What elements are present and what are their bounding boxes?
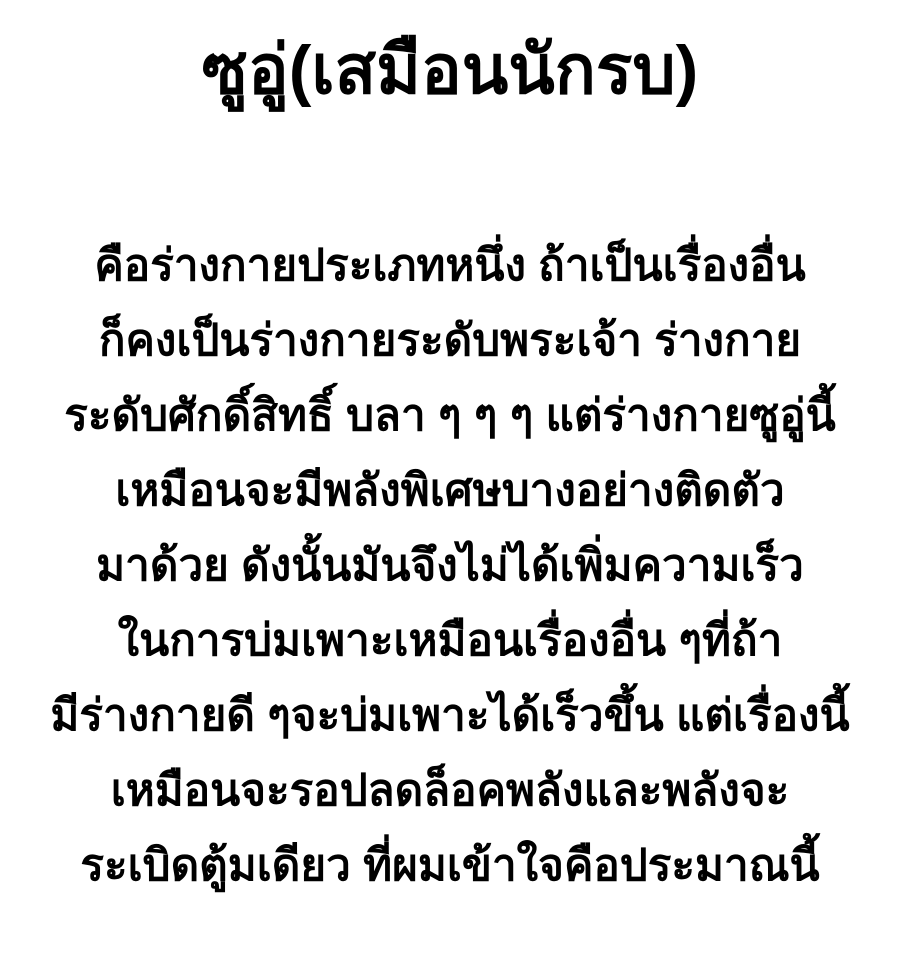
body-paragraph: คือร่างกายประเภทหนึ่ง ถ้าเป็นเรื่องอื่น … [0,228,900,903]
paragraph-line: มีร่างกายดี ๆจะบ่มเพาะได้เร็วขึ้น แต่เรื… [0,678,900,753]
paragraph-line: ระเบิดตู้มเดียว ที่ผมเข้าใจคือประมาณนี้ [0,828,900,903]
paragraph-line: ระดับศักดิ์สิทธิ์ บลา ๆ ๆ ๆ แต่ร่างกายซู… [0,378,900,453]
page-title: ซูอู่(เสมือนนักรบ) [0,14,900,126]
paragraph-line: ในการบ่มเพาะเหมือนเรื่องอื่น ๆที่ถ้า [0,603,900,678]
paragraph-line: เหมือนจะรอปลดล็อคพลังและพลังจะ [0,753,900,828]
paragraph-line: ก็คงเป็นร่างกายระดับพระเจ้า ร่างกาย [0,303,900,378]
text-page: ซูอู่(เสมือนนักรบ) คือร่างกายประเภทหนึ่ง… [0,0,900,954]
paragraph-line: เหมือนจะมีพลังพิเศษบางอย่างติดตัว [0,453,900,528]
paragraph-line: มาด้วย ดังนั้นมันจึงไม่ได้เพิ่มความเร็ว [0,528,900,603]
paragraph-line: คือร่างกายประเภทหนึ่ง ถ้าเป็นเรื่องอื่น [0,228,900,303]
